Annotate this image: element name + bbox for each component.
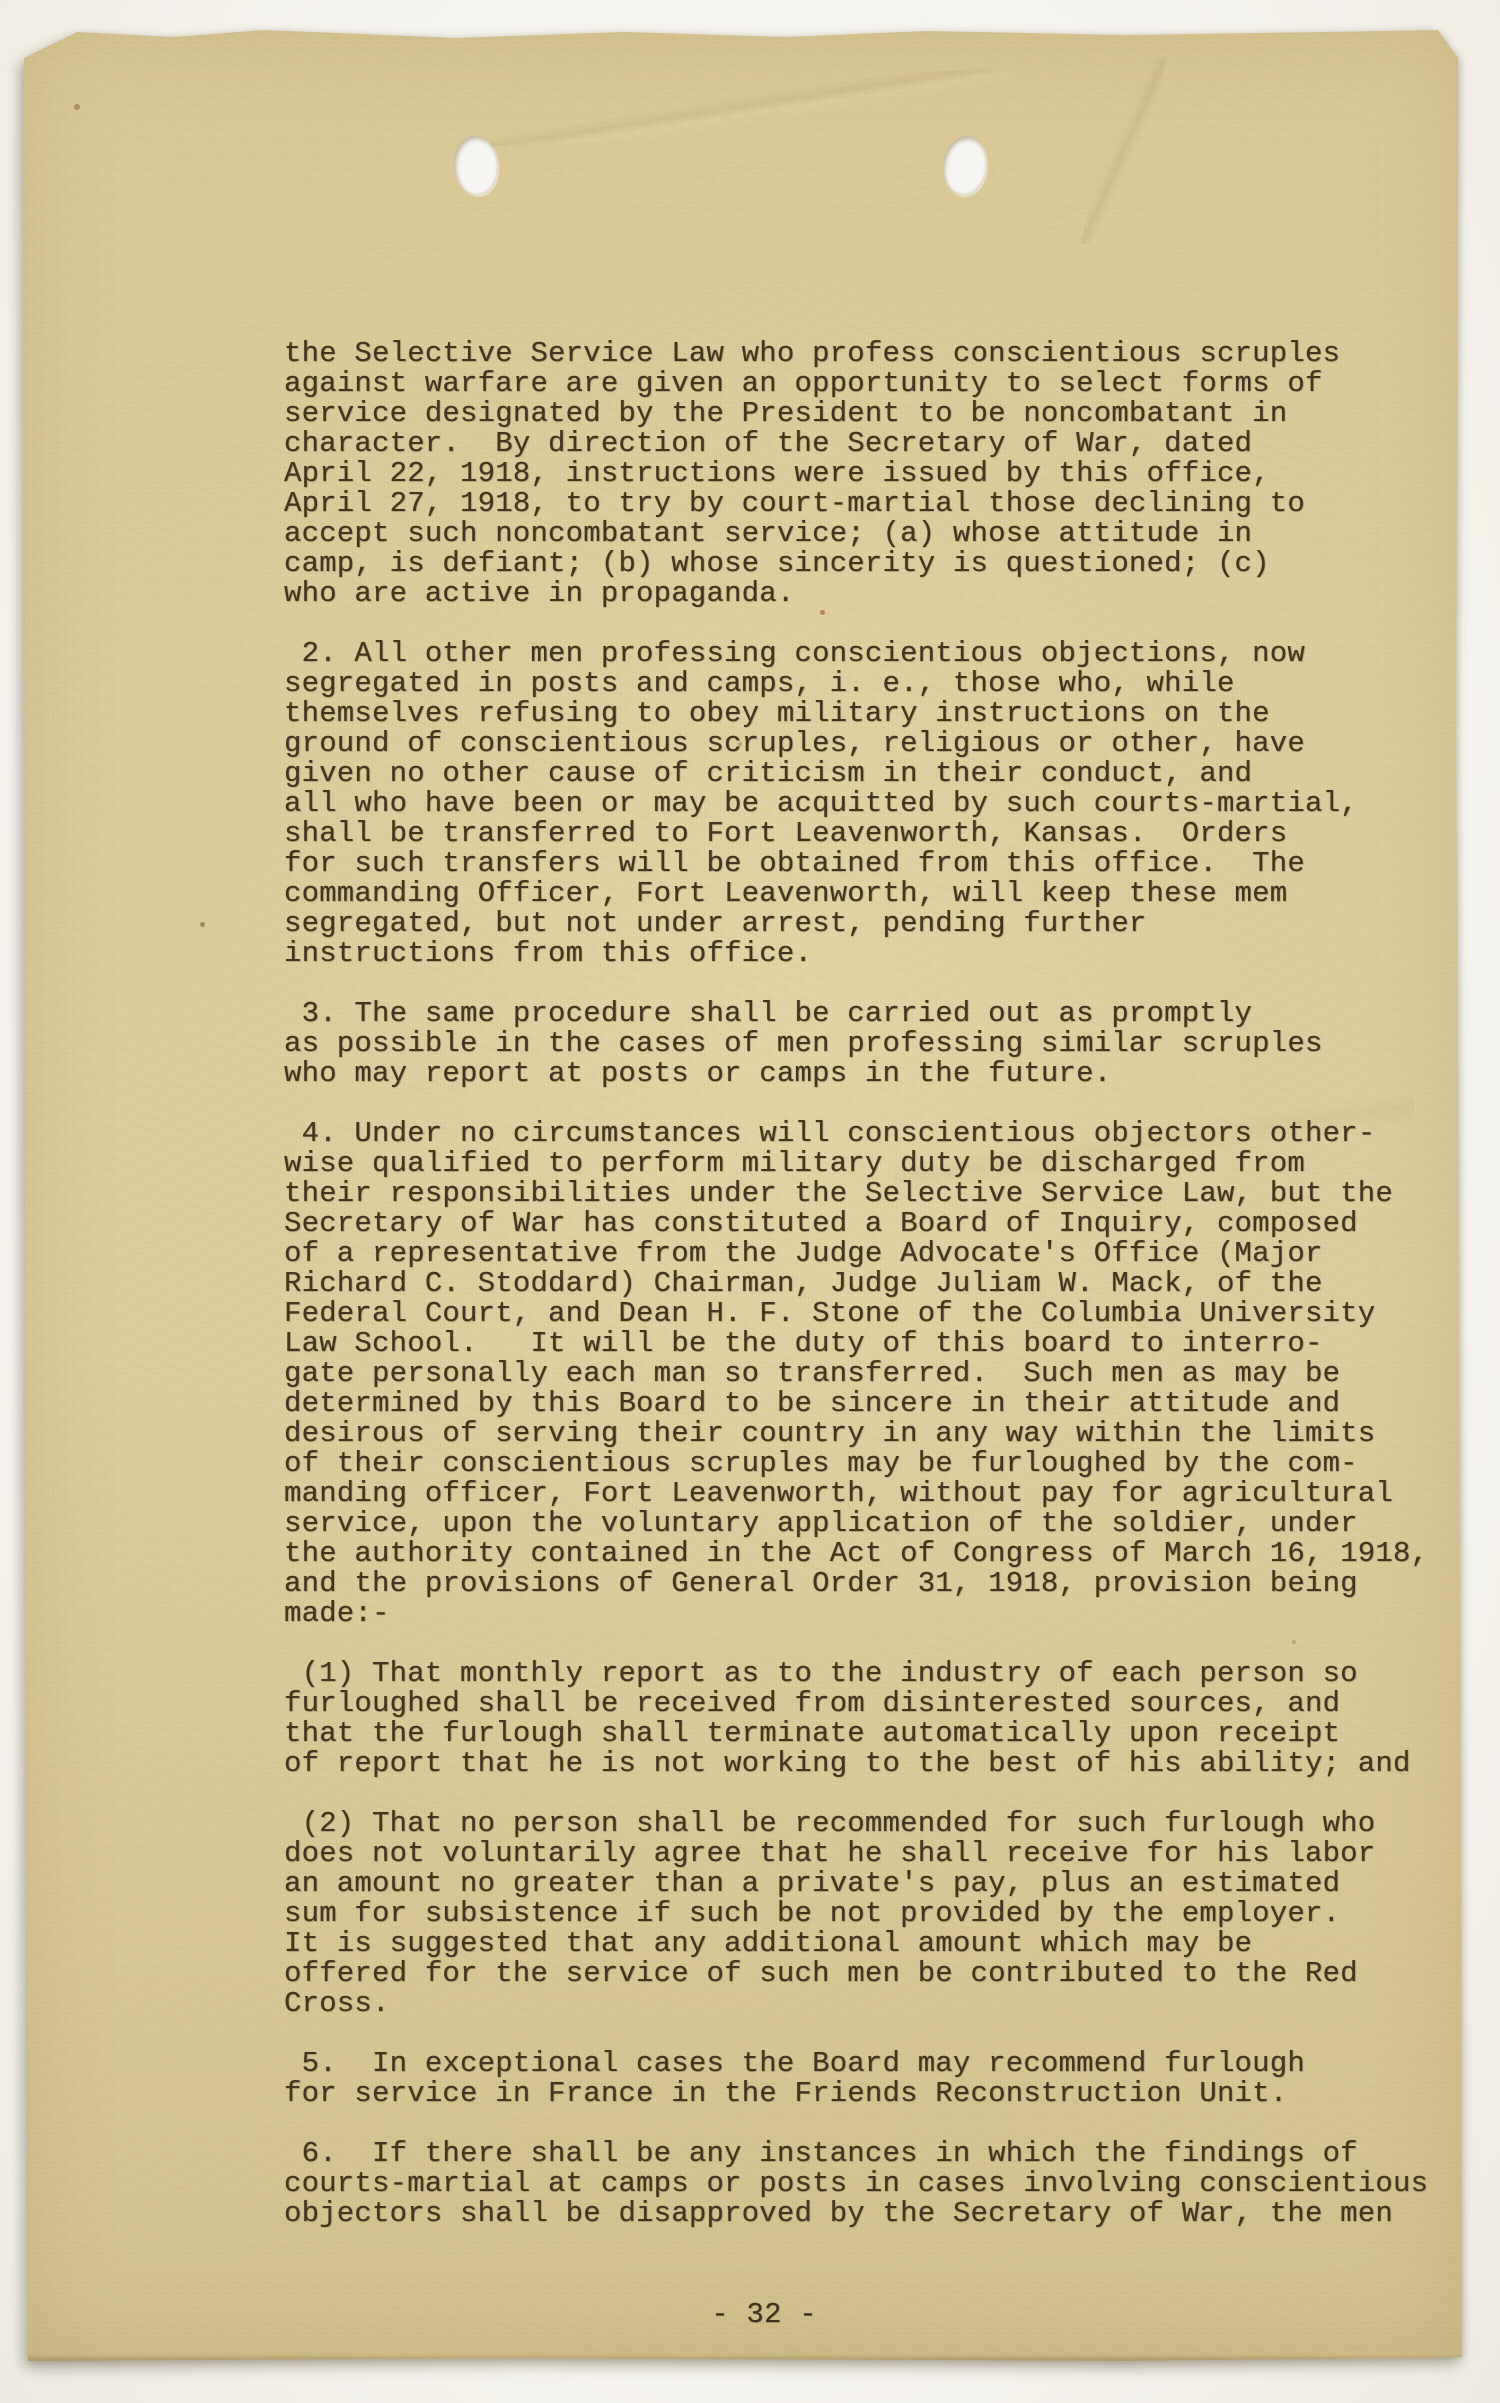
paragraph-6: 6. If there shall be any instances in wh… <box>284 2139 1464 2229</box>
document-page: the Selective Service Law who profess co… <box>24 30 1462 2361</box>
paragraph-2: 2. All other men professing conscientiou… <box>284 639 1464 969</box>
paragraph-4: 4. Under no circumstances will conscient… <box>284 1119 1464 1629</box>
typewritten-text-block: the Selective Service Law who profess co… <box>284 339 1464 2229</box>
foxing-speck <box>74 104 80 110</box>
paragraph-provision-2: (2) That no person shall be recommended … <box>284 1809 1464 2019</box>
punch-hole-left <box>451 134 501 198</box>
paragraph-continuation: the Selective Service Law who profess co… <box>284 339 1464 609</box>
paragraph-5: 5. In exceptional cases the Board may re… <box>284 2049 1464 2109</box>
page-number: - 32 - <box>684 2300 844 2330</box>
paragraph-provision-1: (1) That monthly report as to the indust… <box>284 1659 1464 1779</box>
paper-crease <box>1080 48 1167 252</box>
paragraph-3: 3. The same procedure shall be carried o… <box>284 999 1464 1089</box>
scanner-bed: { "document": { "kind": "typewritten pag… <box>0 0 1500 2403</box>
paper-crease <box>453 68 1015 148</box>
punch-hole-right <box>940 134 989 198</box>
document-page-wrapper: the Selective Service Law who profess co… <box>24 30 1462 2361</box>
foxing-speck <box>200 922 205 927</box>
